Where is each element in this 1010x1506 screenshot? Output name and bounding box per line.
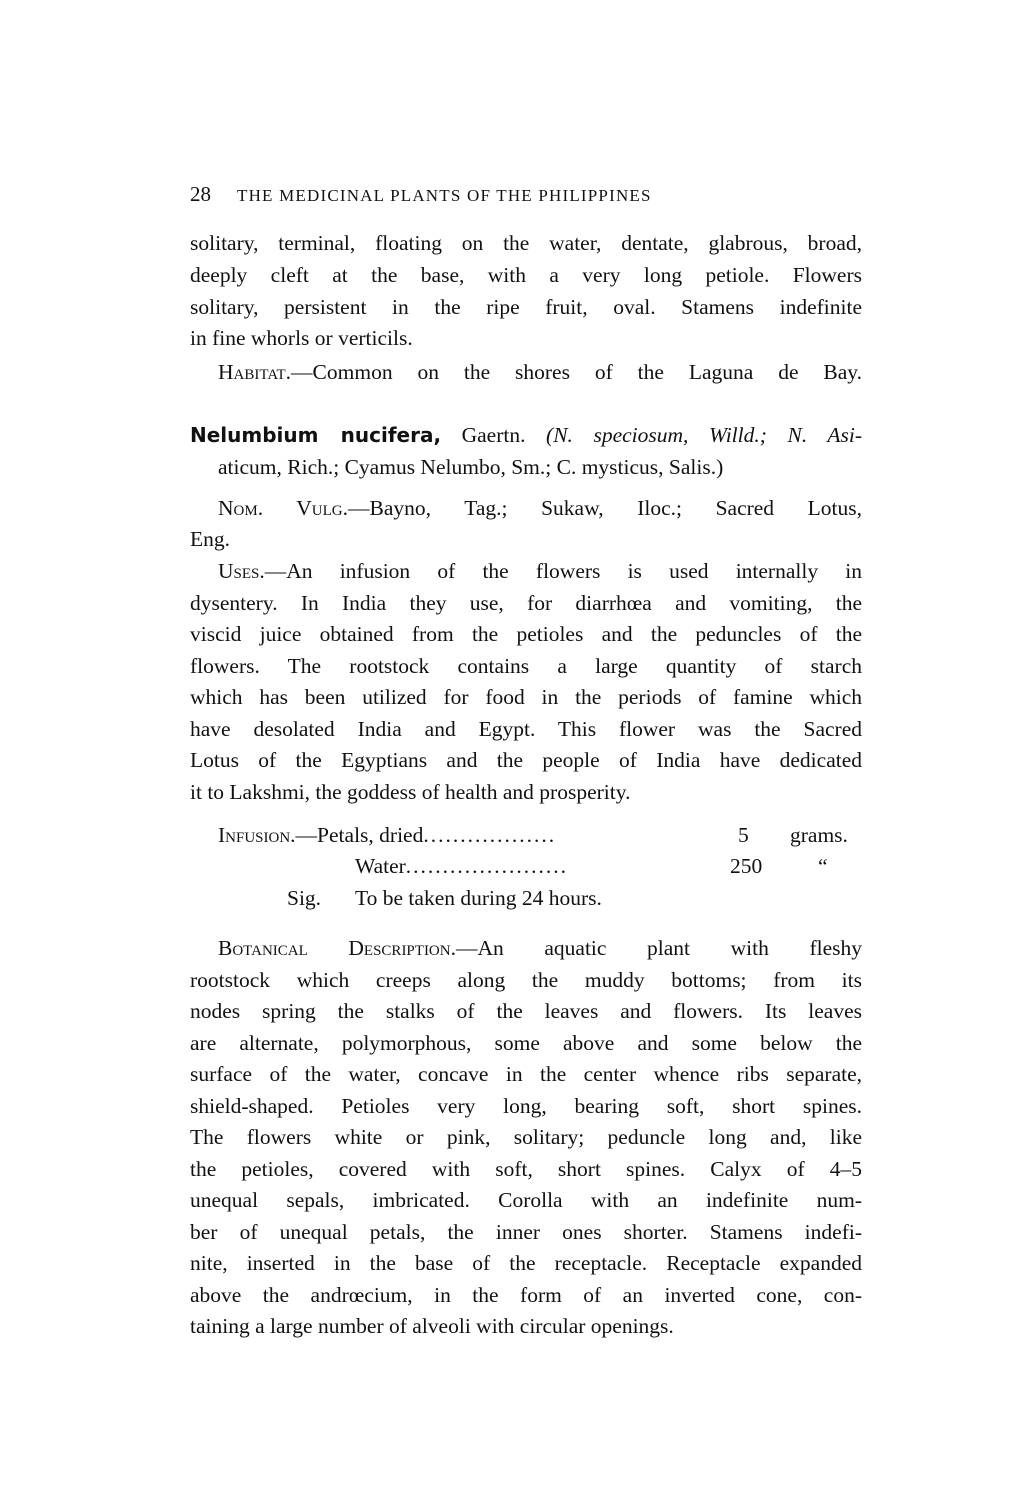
recipe-row: Infusion.—Petals, dried.................… — [218, 823, 556, 848]
botanical-text: —An aquatic plant with fleshy — [456, 936, 862, 960]
running-header: 28THE MEDICINAL PLANTS OF THE PHILIPPINE… — [190, 182, 862, 207]
uses-text: —An infusion of the flowers is used inte… — [265, 559, 862, 583]
ingredient-name: Water — [355, 854, 406, 878]
habitat-paragraph: Habitat.—Common on the shores of the Lag… — [218, 357, 862, 388]
infusion-label: Infusion. — [218, 823, 296, 847]
synonyms-line: aticum, Rich.; Cyamus Nelumbo, Sm.; C. m… — [218, 452, 862, 483]
sig-text: To be taken during 24 hours. — [355, 886, 602, 911]
text-line: unequal sepals, imbricated. Corolla with… — [190, 1185, 862, 1216]
uses-label: Uses. — [218, 559, 265, 583]
text-line: which has been utilized for food in the … — [190, 682, 862, 713]
leader-dots: .................. — [423, 823, 556, 847]
entry-heading: Nelumbium nucifera, Gaertn. (N. speciosu… — [190, 420, 862, 451]
text-line: ber of unequal petals, the inner ones sh… — [190, 1217, 862, 1248]
text-line: it to Lakshmi, the goddess of health and… — [190, 777, 862, 808]
nom-vulg-text: —Bayno, Tag.; Sukaw, Iloc.; Sacred Lotus… — [348, 496, 862, 520]
text-line: dysentery. In India they use, for diarrh… — [190, 588, 862, 619]
synonyms-line: (N. speciosum, Willd.; N. Asi- — [546, 423, 862, 447]
ingredient-unit: grams. — [790, 823, 848, 848]
species-author: Gaertn. — [441, 423, 525, 447]
text-line: Lotus of the Egyptians and the people of… — [190, 745, 862, 776]
botanical-paragraph: Botanical Description.—An aquatic plant … — [218, 933, 862, 964]
text-line: surface of the water, concave in the cen… — [190, 1059, 862, 1090]
nom-vulg-paragraph: Nom. Vulg.—Bayno, Tag.; Sukaw, Iloc.; Sa… — [218, 493, 862, 524]
text-line: Eng. — [190, 524, 862, 555]
botanical-label: Botanical Description. — [218, 936, 456, 960]
running-title: THE MEDICINAL PLANTS OF THE PHILIPPINES — [237, 186, 652, 205]
uses-paragraph: Uses.—An infusion of the flowers is used… — [218, 556, 862, 587]
text-line: taining a large number of alveoli with c… — [190, 1311, 862, 1342]
text-line: The flowers white or pink, solitary; ped… — [190, 1122, 862, 1153]
text-line: viscid juice obtained from the petioles … — [190, 619, 862, 650]
habitat-label: Habitat. — [218, 360, 291, 384]
recipe-row: Water...................... — [355, 854, 568, 879]
nom-vulg-label: Nom. Vulg. — [218, 496, 348, 520]
text-line: nodes spring the stalks of the leaves an… — [190, 996, 862, 1027]
sig-label: Sig. — [287, 886, 321, 911]
ingredient-unit: “ — [818, 854, 828, 879]
text-line: the petioles, covered with soft, short s… — [190, 1154, 862, 1185]
text-line: nite, inserted in the base of the recept… — [190, 1248, 862, 1279]
text-line: deeply cleft at the base, with a very lo… — [190, 260, 862, 291]
ingredient-name: —Petals, dried — [296, 823, 424, 847]
species-name: Nelumbium nucifera, — [190, 423, 441, 447]
text-line: rootstock which creeps along the muddy b… — [190, 965, 862, 996]
ingredient-qty: 5 — [738, 823, 749, 848]
text-line: have desolated India and Egypt. This flo… — [190, 714, 862, 745]
text-line: solitary, terminal, floating on the wate… — [190, 228, 862, 259]
text-line: are alternate, polymorphous, some above … — [190, 1028, 862, 1059]
text-line: shield-shaped. Petioles very long, beari… — [190, 1091, 862, 1122]
text-line: solitary, persistent in the ripe fruit, … — [190, 292, 862, 323]
text-line: flowers. The rootstock contains a large … — [190, 651, 862, 682]
text-line: above the andrœcium, in the form of an i… — [190, 1280, 862, 1311]
habitat-text: —Common on the shores of the Laguna de B… — [291, 360, 862, 384]
page-number: 28 — [190, 182, 211, 206]
ingredient-qty: 250 — [730, 854, 762, 879]
text-line: in fine whorls or verticils. — [190, 323, 862, 354]
leader-dots: ...................... — [406, 854, 568, 878]
